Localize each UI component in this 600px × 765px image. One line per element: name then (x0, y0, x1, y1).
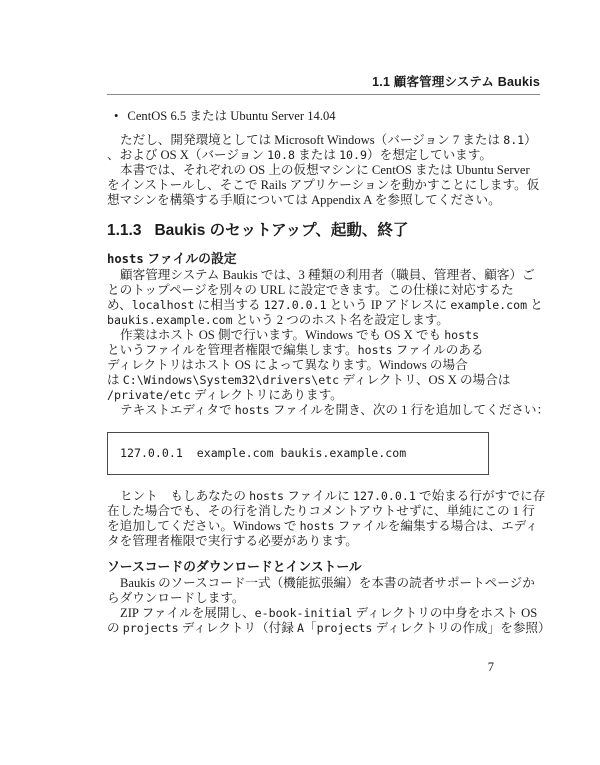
text-segment: ディレクトリの作成」を参照） (372, 621, 550, 635)
para-dev-env: ただし、開発環境としては Microsoft Windows（バージョン 7 ま… (107, 133, 540, 163)
text-segment: をインストールし、そこで Rails アプリケーションを動かすことにします。仮 (107, 178, 539, 192)
text-segment: ヒント もしあなたの (120, 489, 249, 503)
text-segment: の (107, 621, 123, 635)
text-line: 、および OS X（バージョン 10.8 または 10.9）を想定しています。 (107, 148, 540, 163)
inline-code: example.com (450, 298, 527, 312)
text-segment: ）を想定しています。 (367, 148, 492, 162)
text-segment: Baukis のソースコード一式（機能拡張編）を本書の読者サポートページか (120, 576, 535, 590)
text-line: ただし、開発環境としては Microsoft Windows（バージョン 7 ま… (107, 133, 540, 148)
text-segment: という 2 つのホスト名を設定します。 (233, 313, 449, 327)
page-number: 7 (488, 660, 494, 674)
text-segment: に相当する (195, 298, 264, 312)
text-line: /private/etc ディレクトリにあります。 (107, 388, 540, 403)
text-line: らダウンロードします。 (107, 591, 540, 606)
text-segment: ） (524, 133, 537, 147)
para-hosts-edit: 作業はホスト OS 側で行います。Windows でも OS X でも host… (107, 328, 540, 403)
text-segment: を追加してください。Windows で (107, 519, 300, 533)
running-head: 1.1 顧客管理システム Baukis (372, 75, 540, 89)
text-segment: ファイルの設定 (144, 251, 237, 266)
text-segment: 顧客管理システム Baukis では、3 種類の利用者（職員、管理者、顧客）ご (120, 268, 535, 282)
inline-code: 127.0.0.1 (264, 298, 327, 312)
inline-code: hosts (235, 403, 270, 417)
text-line: 顧客管理システム Baukis では、3 種類の利用者（職員、管理者、顧客）ご (107, 268, 540, 283)
text-line: をインストールし、そこで Rails アプリケーションを動かすことにします。仮 (107, 178, 540, 193)
text-segment: は (107, 373, 123, 387)
text-segment: め、 (107, 298, 132, 312)
text-segment: タを管理者権限で実行する必要があります。 (107, 534, 358, 548)
text-line: タを管理者権限で実行する必要があります。 (107, 534, 540, 549)
text-line: •CentOS 6.5 または Ubuntu Server 14.04 (107, 109, 540, 124)
para-zip-extract: ZIP ファイルを展開し、e-book-initial ディレクトリの中身をホス… (107, 606, 540, 636)
book-page: 1.1 顧客管理システム Baukis •CentOS 6.5 または Ubun… (0, 0, 600, 765)
text-line: hosts ファイルの設定 (107, 251, 540, 267)
text-segment: ディレクトリの中身をホスト OS (352, 606, 537, 620)
text-segment: ファイルのある (393, 343, 484, 357)
text-line: 1.1.3Baukis のセットアップ、起動、終了 (107, 221, 540, 241)
inline-code: 127.0.0.1 (353, 489, 416, 503)
para-baukis-urls: 顧客管理システム Baukis では、3 種類の利用者（職員、管理者、顧客）ごと… (107, 268, 540, 328)
subheading-hosts-setup: hosts ファイルの設定 (107, 251, 540, 267)
text-line: テキストエディタで hosts ファイルを開き、次の 1 行を追加してください： (107, 403, 540, 418)
inline-code: hosts (249, 489, 284, 503)
text-segment: とのトップページを別々の URL に設定できます。この仕様に対応するた (107, 283, 514, 297)
text-line: 本書では、それぞれの OS 上の仮想マシンに CentOS または Ubuntu… (107, 163, 540, 178)
text-segment: 、および OS X（バージョン (107, 148, 267, 162)
inline-code: 8.1 (503, 133, 524, 147)
text-segment: ファイルに (284, 489, 353, 503)
text-segment: 1.1.3 (107, 222, 141, 239)
text-line: 想マシンを構築する手順については Appendix A を参照してください。 (107, 193, 540, 208)
text-line: ZIP ファイルを展開し、e-book-initial ディレクトリの中身をホス… (107, 606, 540, 621)
text-line: め、localhost に相当する 127.0.0.1 という IP アドレスに… (107, 298, 540, 313)
text-segment: 本書では、それぞれの OS 上の仮想マシンに CentOS または Ubuntu… (120, 163, 530, 177)
inline-code: e-book-initial (255, 606, 353, 620)
inline-code: hosts (358, 343, 393, 357)
text-line: ソースコードのダウンロードとインストール (107, 559, 540, 575)
text-segment: というファイルを管理者権限で編集します。 (107, 343, 358, 357)
bullet-item-os: •CentOS 6.5 または Ubuntu Server 14.04 (107, 109, 540, 124)
inline-code: hosts (107, 252, 144, 266)
text-segment: CentOS 6.5 または Ubuntu Server 14.04 (127, 109, 335, 123)
text-segment: または (295, 148, 339, 162)
text-segment: ディレクトリ、OS X の場合は (339, 373, 510, 387)
text-line: 在した場合でも、その行を消したりコメントアウトせずに、単純にこの 1 行 (107, 504, 540, 519)
text-segment: ディレクトリ（付録 (179, 621, 297, 635)
subheading-source-download: ソースコードのダウンロードとインストール (107, 559, 540, 575)
text-line: ヒント もしあなたの hosts ファイルに 127.0.0.1 で始まる行がす… (107, 489, 540, 504)
text-segment: 想マシンを構築する手順については Appendix A を参照してください。 (107, 193, 501, 207)
text-segment: ファイルを開き、次の 1 行を追加してください： (270, 403, 549, 417)
inline-code: 10.8 (267, 148, 295, 162)
text-segment: ただし、開発環境としては Microsoft Windows（バージョン 7 ま… (120, 133, 503, 147)
text-segment: ソースコードのダウンロードとインストール (107, 559, 362, 574)
para-vm: 本書では、それぞれの OS 上の仮想マシンに CentOS または Ubuntu… (107, 163, 540, 208)
inline-code: hosts (300, 519, 335, 533)
text-segment: テキストエディタで (120, 403, 235, 417)
text-line: というファイルを管理者権限で編集します。hosts ファイルのある (107, 343, 540, 358)
text-segment: 「 (304, 621, 317, 635)
text-line: ディレクトリはホスト OS によって異なります。Windows の場合 (107, 358, 540, 373)
para-hint: ヒント もしあなたの hosts ファイルに 127.0.0.1 で始まる行がす… (107, 489, 540, 549)
code-block-hosts-line: 127.0.0.1 example.com baukis.example.com (107, 432, 489, 475)
text-segment: Baukis のセットアップ、起動、終了 (154, 222, 408, 239)
text-segment: ZIP ファイルを展開し、 (120, 606, 255, 620)
text-segment: 作業はホスト OS 側で行います。Windows でも OS X でも (120, 328, 444, 342)
text-segment: らダウンロードします。 (107, 591, 245, 605)
inline-code: projects (123, 621, 179, 635)
page-footer: 7 (107, 660, 540, 675)
inline-code: /private/etc (107, 388, 191, 402)
inline-code: baukis.example.com (107, 313, 233, 327)
inline-code: hosts (444, 328, 479, 342)
text-segment: ディレクトリはホスト OS によって異なります。Windows の場合 (107, 358, 468, 372)
section-heading-1-1-3: 1.1.3Baukis のセットアップ、起動、終了 (107, 221, 540, 241)
text-segment: ファイルを編集する場合は、エディ (335, 519, 538, 533)
para-open-hosts: テキストエディタで hosts ファイルを開き、次の 1 行を追加してください： (107, 403, 540, 418)
text-segment: 在した場合でも、その行を消したりコメントアウトせずに、単純にこの 1 行 (107, 504, 535, 518)
text-line: とのトップページを別々の URL に設定できます。この仕様に対応するた (107, 283, 540, 298)
text-line: 作業はホスト OS 側で行います。Windows でも OS X でも host… (107, 328, 540, 343)
bullet-icon: • (114, 109, 118, 123)
text-segment: と (527, 298, 543, 312)
text-segment: という IP アドレスに (327, 298, 451, 312)
text-line: Baukis のソースコード一式（機能拡張編）を本書の読者サポートページか (107, 576, 540, 591)
text-line: は C:\Windows\System32\drivers\etc ディレクトリ… (107, 373, 540, 388)
text-segment: で始まる行がすでに存 (416, 489, 545, 503)
page-header: 1.1 顧客管理システム Baukis (107, 72, 540, 95)
inline-code: localhost (132, 298, 195, 312)
text-line: の projects ディレクトリ（付録 A「projects ディレクトリの作… (107, 621, 540, 636)
para-download: Baukis のソースコード一式（機能拡張編）を本書の読者サポートページからダウ… (107, 576, 540, 606)
inline-code: projects (317, 621, 373, 635)
inline-code: 10.9 (339, 148, 367, 162)
document-content: •CentOS 6.5 または Ubuntu Server 14.04ただし、開… (107, 109, 540, 636)
text-line: を追加してください。Windows で hosts ファイルを編集する場合は、エ… (107, 519, 540, 534)
inline-code: A (297, 621, 304, 635)
text-segment: ディレクトリにあります。 (191, 388, 343, 402)
inline-code: C:\Windows\System32\drivers\etc (123, 373, 339, 387)
text-line: baukis.example.com という 2 つのホスト名を設定します。 (107, 313, 540, 328)
